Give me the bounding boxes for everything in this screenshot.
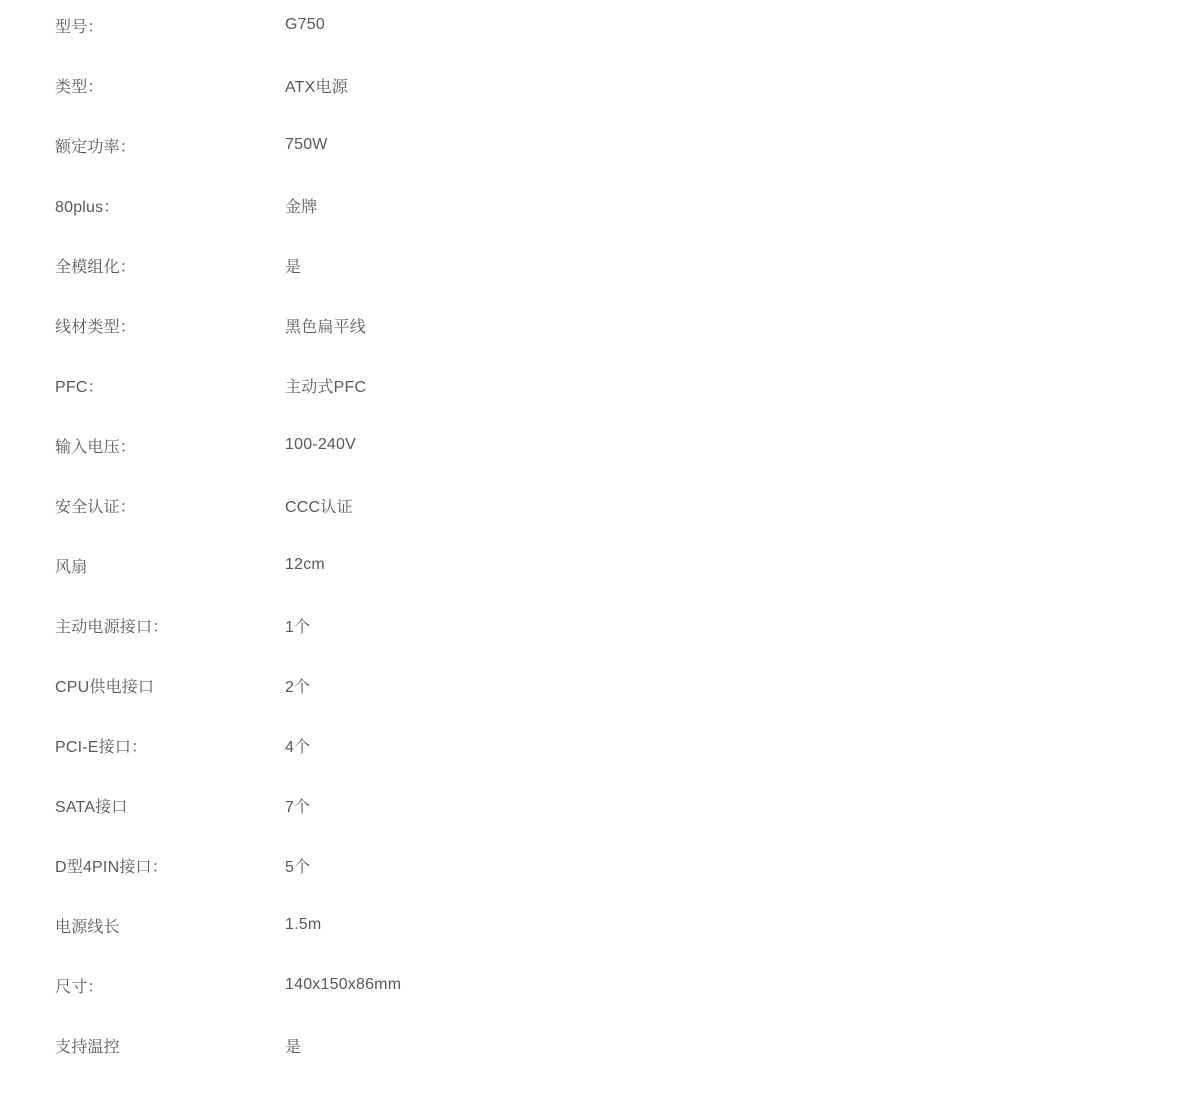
spec-row-power-cord-length: 电源线长 1.5m	[0, 895, 1180, 955]
spec-row-pcie-connector: PCI-E接口： 4个	[0, 715, 1180, 775]
spec-label: 风扇	[55, 554, 285, 577]
spec-value: ATX电源	[285, 74, 348, 97]
spec-label: 80plus：	[55, 194, 285, 217]
spec-row-main-power-connector: 主动电源接口： 1个	[0, 595, 1180, 655]
spec-label: 额定功率：	[55, 134, 285, 157]
spec-row-80plus: 80plus： 金牌	[0, 175, 1180, 235]
spec-value: 2个	[285, 674, 310, 697]
spec-value: 7个	[285, 794, 310, 817]
spec-row-sata-connector: SATA接口 7个	[0, 775, 1180, 835]
spec-label: 安全认证：	[55, 494, 285, 517]
product-spec-page: 型号： G750 类型： ATX电源 额定功率： 750W 80plus： 金牌…	[0, 0, 1180, 1094]
spec-value: 12cm	[285, 556, 325, 574]
spec-label: 电源线长	[55, 914, 285, 937]
spec-value: 1个	[285, 614, 310, 637]
spec-value: 5个	[285, 854, 310, 877]
spec-value: 金牌	[285, 194, 317, 217]
spec-value: 100-240V	[285, 436, 356, 454]
spec-row-pfc: PFC： 主动式PFC	[0, 355, 1180, 415]
spec-label: 输入电压：	[55, 434, 285, 457]
spec-label: 全模组化：	[55, 254, 285, 277]
spec-label: 线材类型：	[55, 314, 285, 337]
spec-label: 支持温控	[55, 1034, 285, 1057]
spec-row-safety-cert: 安全认证： CCC认证	[0, 475, 1180, 535]
spec-row-cpu-connector: CPU供电接口 2个	[0, 655, 1180, 715]
spec-row-type: 类型： ATX电源	[0, 55, 1180, 115]
spec-value: 是	[285, 1034, 301, 1057]
spec-value: G750	[285, 16, 325, 34]
spec-value: 是	[285, 254, 301, 277]
spec-label: D型4PIN接口：	[55, 854, 285, 877]
spec-label: SATA接口	[55, 794, 285, 817]
spec-label: CPU供电接口	[55, 674, 285, 697]
spec-row-cable-type: 线材类型： 黑色扁平线	[0, 295, 1180, 355]
spec-label: PCI-E接口：	[55, 734, 285, 757]
spec-value: 主动式PFC	[285, 374, 366, 397]
spec-list: 型号： G750 类型： ATX电源 额定功率： 750W 80plus： 金牌…	[0, 0, 1180, 1075]
spec-row-input-voltage: 输入电压： 100-240V	[0, 415, 1180, 475]
spec-value: 1.5m	[285, 916, 321, 934]
spec-row-fan: 风扇 12cm	[0, 535, 1180, 595]
spec-row-model: 型号： G750	[0, 0, 1180, 55]
spec-value: 140x150x86mm	[285, 976, 401, 994]
spec-row-4pin-connector: D型4PIN接口： 5个	[0, 835, 1180, 895]
spec-value: 黑色扁平线	[285, 314, 366, 337]
spec-row-rated-power: 额定功率： 750W	[0, 115, 1180, 175]
spec-value: 750W	[285, 136, 328, 154]
spec-label: 尺寸：	[55, 974, 285, 997]
spec-label: PFC：	[55, 374, 285, 397]
spec-row-full-modular: 全模组化： 是	[0, 235, 1180, 295]
spec-label: 主动电源接口：	[55, 614, 285, 637]
spec-row-dimensions: 尺寸： 140x150x86mm	[0, 955, 1180, 1015]
spec-value: CCC认证	[285, 494, 353, 517]
spec-row-temp-control: 支持温控 是	[0, 1015, 1180, 1075]
spec-value: 4个	[285, 734, 310, 757]
spec-label: 类型：	[55, 74, 285, 97]
spec-label: 型号：	[55, 14, 285, 37]
